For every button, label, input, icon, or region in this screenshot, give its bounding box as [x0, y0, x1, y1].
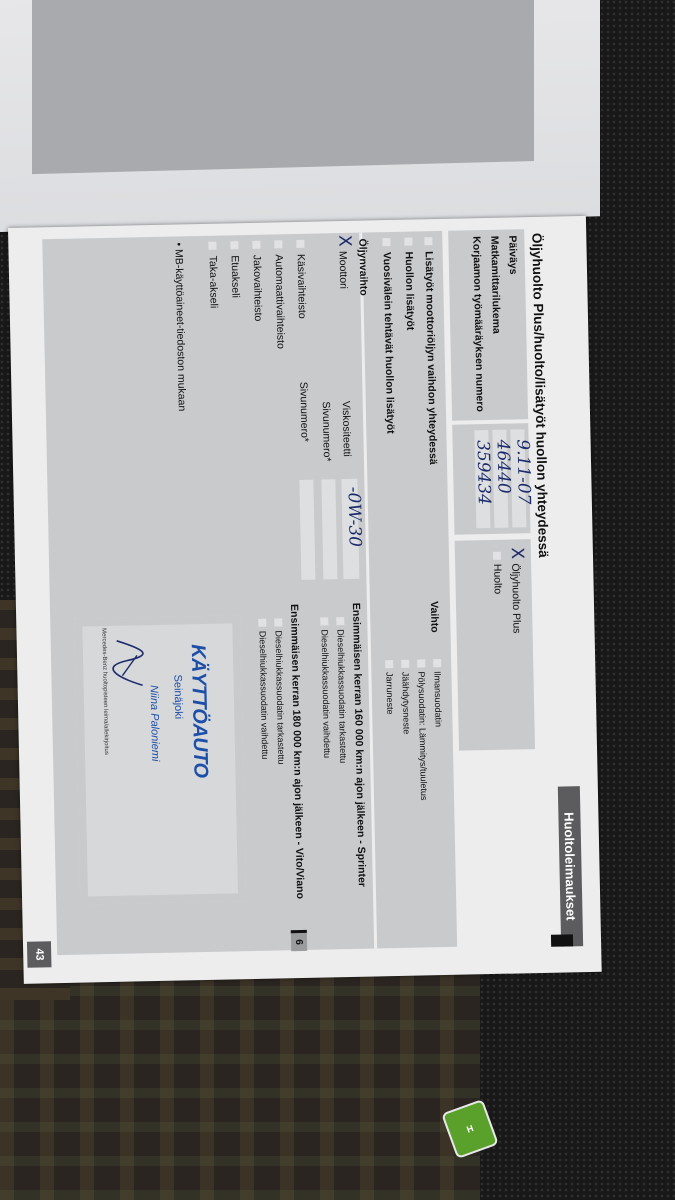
manual-gearbox-checkbox[interactable]	[296, 240, 304, 248]
front-axle-checkbox[interactable]	[230, 241, 238, 249]
viscosity-value: -0W-30	[343, 487, 364, 548]
date-label: Päiväys	[506, 235, 519, 274]
section-tab: Huoltoleimaukset	[558, 786, 583, 946]
automatic-gearbox-label: Automaattivaihteisto	[273, 254, 287, 349]
engine-label: Moottori	[337, 251, 350, 289]
seat-pattern	[0, 960, 480, 1200]
odometer-label: Matkamittarilukema	[488, 236, 502, 334]
previous-page	[0, 0, 600, 232]
stamp-person: Niina Paloniemi	[148, 685, 162, 762]
front-axle-label: Etuakseli	[229, 255, 242, 298]
sprinter-dpf-replaced-checkbox[interactable]	[320, 617, 328, 625]
vito-dpf-checked-checkbox[interactable]	[274, 618, 282, 626]
page-number: 43	[27, 941, 52, 967]
service-record-page: Huoltoleimaukset Öljyhuolto Plus/huolto/…	[8, 216, 602, 984]
page-content: Huoltoleimaukset Öljyhuolto Plus/huolto/…	[8, 216, 583, 968]
stamp-city: Seinäjoki	[171, 674, 184, 719]
section-tab-marker	[551, 934, 573, 946]
extra-work-service-label: Huollon lisätyöt	[403, 251, 417, 330]
page-title: Öljyhuolto Plus/huolto/lisätyöt huollon …	[529, 233, 551, 558]
chapter-number: 6	[291, 930, 307, 951]
page-number-label-2: Sivunumero*	[297, 382, 310, 442]
viscosity-label: Viskositeetti	[340, 401, 353, 457]
air-filter-checkbox[interactable]	[433, 659, 441, 667]
extra-work-service-checkbox[interactable]	[404, 238, 412, 246]
page-number-label-1: Sivunumero*	[320, 401, 333, 461]
sprinter-dpf-checked-checkbox[interactable]	[336, 617, 344, 625]
rear-axle-checkbox[interactable]	[208, 242, 216, 250]
service-label: Huolto	[491, 564, 504, 595]
annual-extra-work-checkbox[interactable]	[382, 238, 390, 246]
manual-gearbox-label: Käsivaihteisto	[295, 254, 308, 319]
service-checkbox[interactable]	[493, 552, 501, 560]
dust-filter-checkbox[interactable]	[417, 659, 425, 667]
coolant-checkbox[interactable]	[401, 660, 409, 668]
signature-icon	[107, 635, 158, 696]
brake-fluid-checkbox[interactable]	[385, 660, 393, 668]
air-filter-label: Ilmansuodatin	[432, 671, 443, 727]
oil-service-plus-label: Öljyhuolto Plus	[509, 563, 522, 633]
page-number-field-2[interactable]	[299, 480, 315, 580]
stamp-company: KÄYTTÖAUTO	[186, 644, 212, 778]
brake-fluid-label: Jarruneste	[384, 672, 395, 715]
previous-page-panel	[32, 0, 534, 174]
rear-axle-label: Taka-akseli	[207, 256, 220, 309]
automatic-gearbox-checkbox[interactable]	[274, 240, 282, 248]
vito-dpf-replaced-checkbox[interactable]	[258, 619, 266, 627]
transfer-case-label: Jakovaihteisto	[251, 255, 264, 322]
oil-service-plus-checkmark[interactable]: X	[507, 547, 527, 559]
replacement-heading: Vaihto	[428, 601, 441, 633]
extra-work-oil-checkbox[interactable]	[424, 237, 432, 245]
date-value: 9.11-07	[513, 439, 534, 505]
page-number-field-1[interactable]	[321, 479, 337, 579]
transfer-case-checkbox[interactable]	[252, 241, 260, 249]
coolant-label: Jäähdytysneste	[400, 672, 411, 735]
work-order-value: 359434	[473, 440, 494, 505]
oil-change-heading: Öljynvaihto	[356, 238, 369, 295]
sticker-label: H	[465, 1123, 475, 1135]
odometer-value: 46440	[493, 439, 514, 494]
engine-checkmark[interactable]: X	[334, 235, 354, 247]
